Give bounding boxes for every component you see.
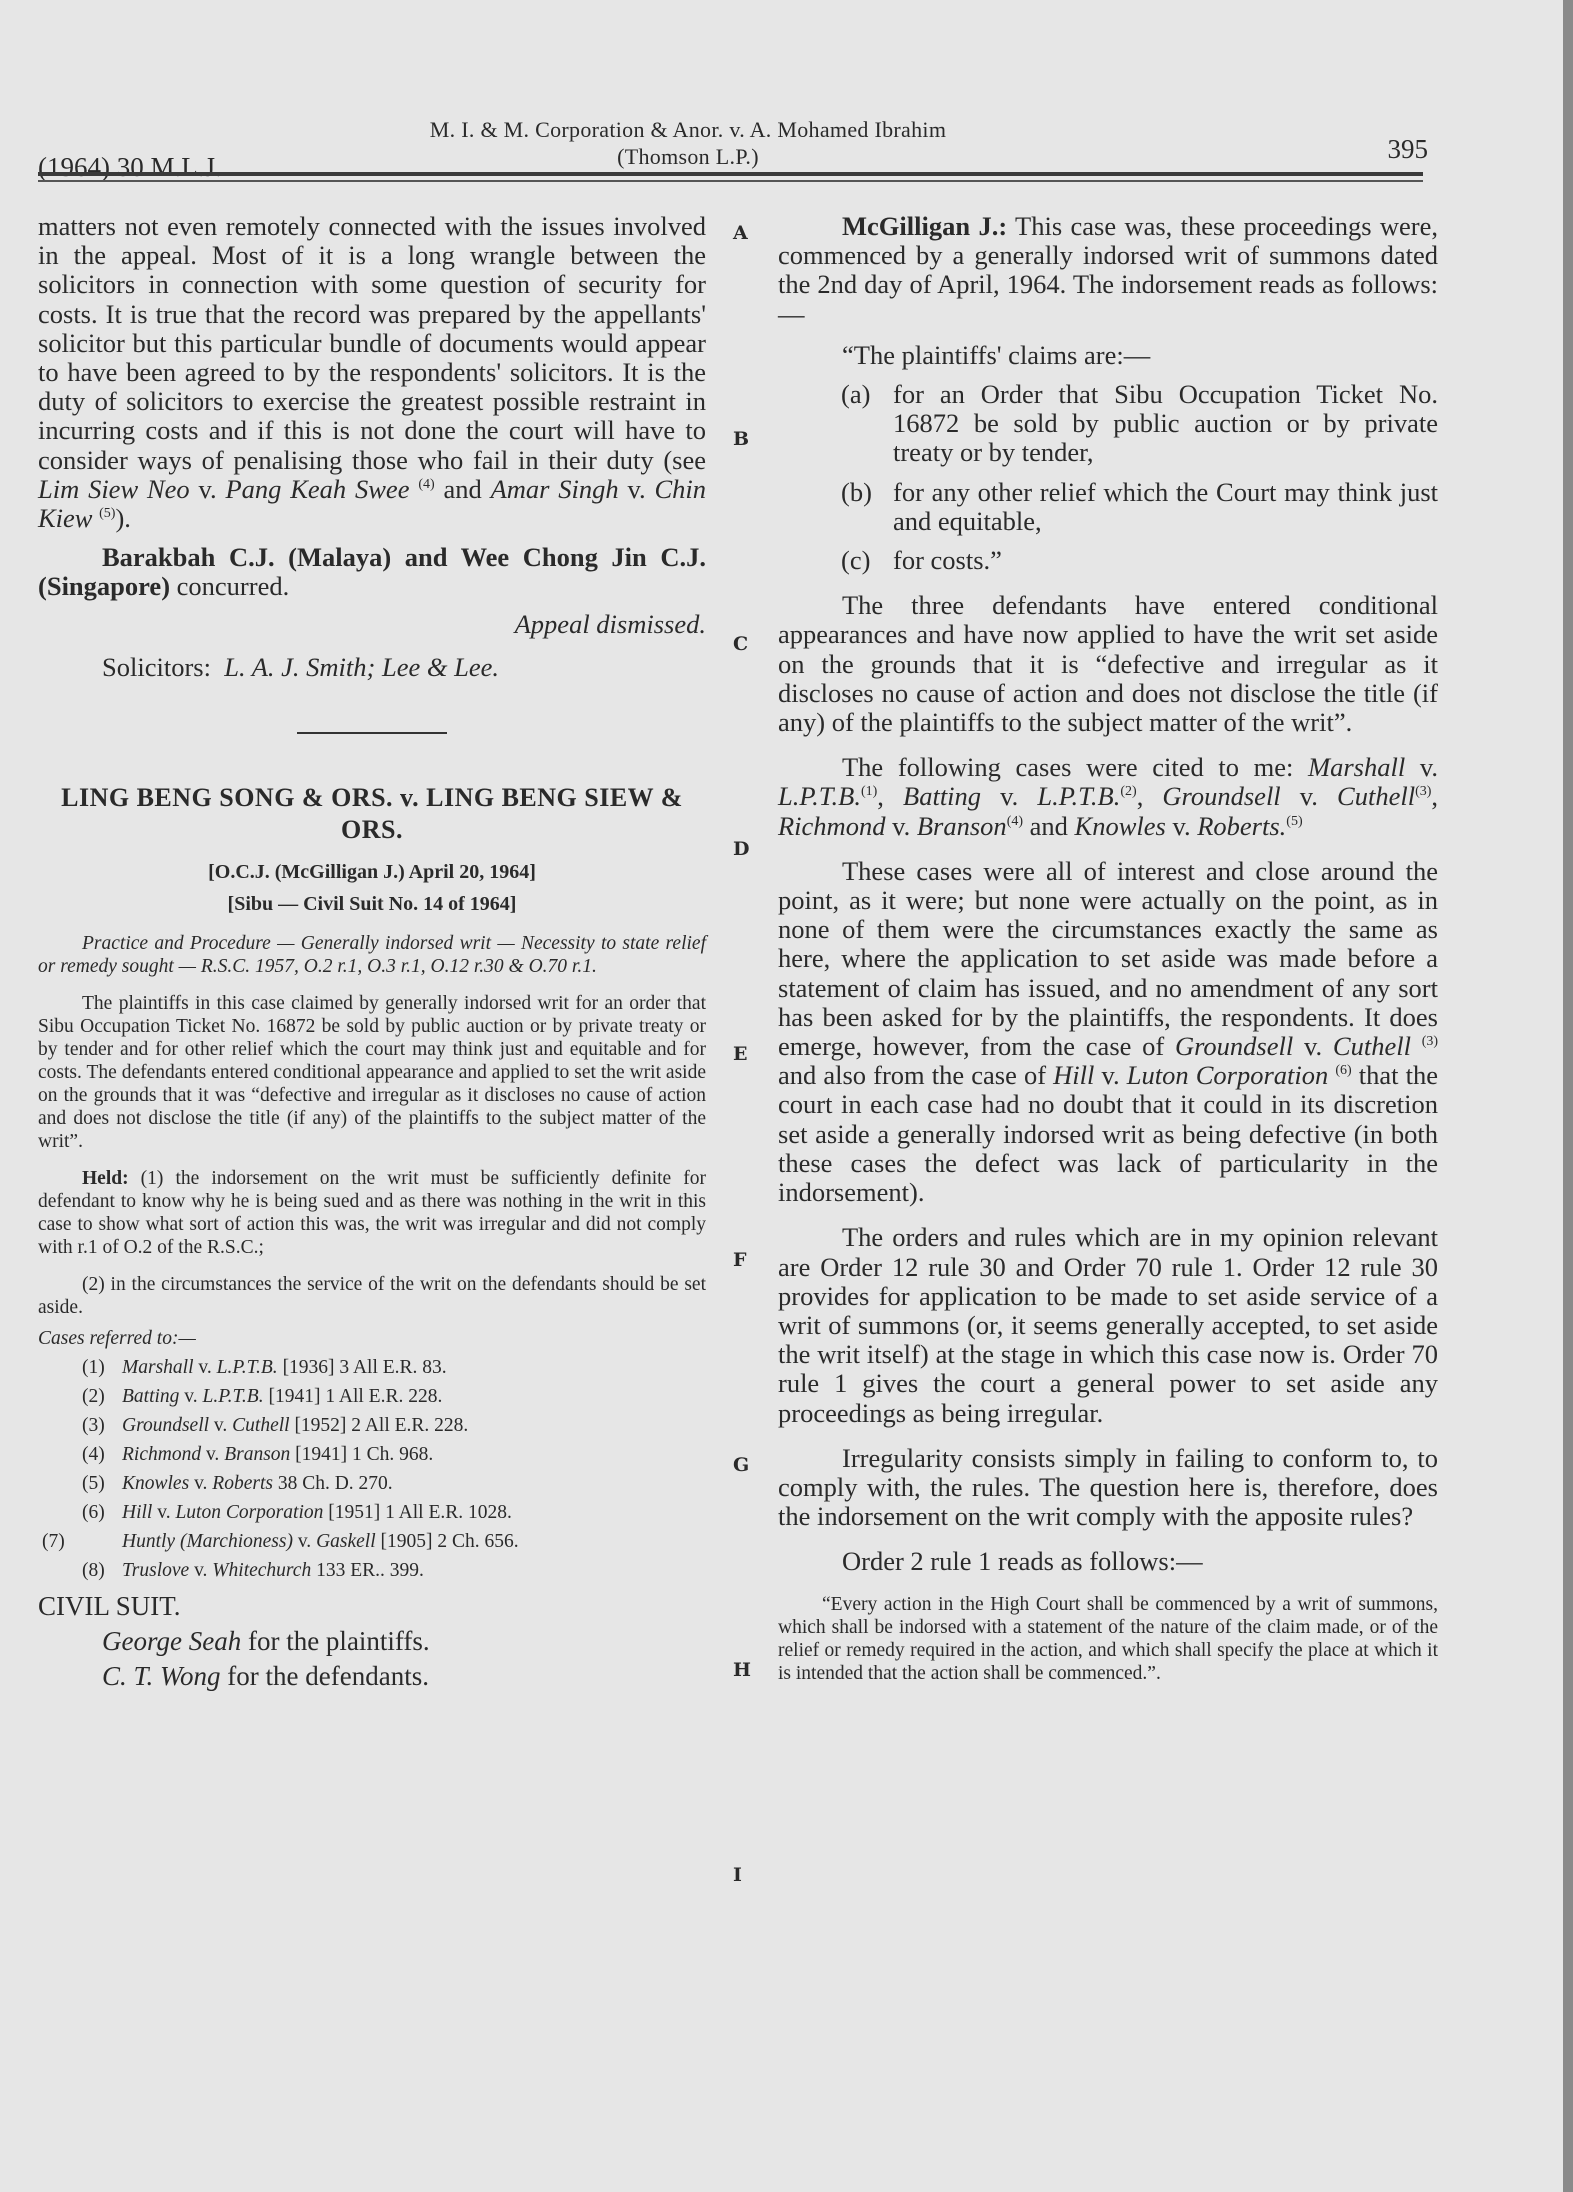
case-referred-item: (8)Truslove v. Whitechurch 133 ER.. 399. bbox=[38, 1559, 706, 1582]
held-1: Held: (1) the indorsement on the writ mu… bbox=[38, 1167, 706, 1259]
counsel-defendants: C. T. Wong for the defendants. bbox=[38, 1662, 706, 1691]
cited-case: Batting v. L.P.T.B.(2), bbox=[903, 781, 1162, 811]
case-title: LING BENG SONG & ORS. v. LING BENG SIEW … bbox=[38, 782, 706, 846]
case-referred-item: (6)Hill v. Luton Corporation [1951] 1 Al… bbox=[38, 1501, 706, 1524]
paragraph-cases-cited: The following cases were cited to me: Ma… bbox=[778, 753, 1438, 841]
left-column: matters not even remotely connected with… bbox=[38, 212, 706, 1692]
case-referred-item: (1)Marshall v. L.P.T.B. [1936] 3 All E.R… bbox=[38, 1356, 706, 1379]
margin-letter-b: B bbox=[733, 428, 749, 450]
solicitors-line: Solicitors: L. A. J. Smith; Lee & Lee. bbox=[38, 653, 706, 682]
margin-letter-h: H bbox=[733, 1659, 751, 1681]
law-report-page: (1964) 30 M.L.J. M. I. & M. Corporation … bbox=[0, 0, 1573, 2192]
claim-item: (b)for any other relief which the Court … bbox=[778, 478, 1438, 536]
concurrence: Barakbah C.J. (Malaya) and Wee Chong Jin… bbox=[38, 543, 706, 601]
headnote: The plaintiffs in this case claimed by g… bbox=[38, 992, 706, 1153]
margin-letter-a: A bbox=[733, 222, 748, 244]
claim-item: (c)for costs.” bbox=[778, 546, 1438, 575]
right-column: McGilligan J.: This case was, these proc… bbox=[778, 212, 1438, 1685]
proceeding-type: CIVIL SUIT. bbox=[38, 1592, 706, 1621]
case-referred-item: (5)Knowles v. Roberts 38 Ch. D. 270. bbox=[38, 1472, 706, 1495]
margin-letter-c: C bbox=[733, 633, 748, 655]
court-and-date: [O.C.J. (McGilligan J.) April 20, 1964] bbox=[38, 860, 706, 884]
indorsement-quote-heading: “The plaintiffs' claims are:— bbox=[778, 341, 1438, 370]
cited-case: Knowles v. Roberts.(5) bbox=[1075, 811, 1303, 841]
paragraph-orders-and-rules: The orders and rules which are in my opi… bbox=[778, 1223, 1438, 1427]
case-referred-item: (3)Groundsell v. Cuthell [1952] 2 All E.… bbox=[38, 1414, 706, 1437]
case-referred-item: (4)Richmond v. Branson [1941] 1 Ch. 968. bbox=[38, 1443, 706, 1466]
catchwords: Practice and Procedure — Generally indor… bbox=[38, 932, 706, 978]
cited-case: Richmond v. Branson(4) and bbox=[778, 811, 1075, 841]
case-separator-rule bbox=[297, 732, 447, 734]
case-referred-item: (2)Batting v. L.P.T.B. [1941] 1 All E.R.… bbox=[38, 1385, 706, 1408]
page-number: 395 bbox=[1388, 134, 1429, 165]
margin-letter-d: D bbox=[733, 838, 749, 860]
appeal-outcome: Appeal dismissed. bbox=[38, 610, 706, 639]
header-rule-thick bbox=[38, 172, 1423, 176]
margin-letter-g: G bbox=[733, 1454, 749, 1476]
header-rule-thin bbox=[38, 180, 1423, 182]
paragraph-cases-discussion: These cases were all of interest and clo… bbox=[778, 857, 1438, 1207]
counsel-plaintiffs: George Seah for the plaintiffs. bbox=[38, 1627, 706, 1656]
order-2-rule-1-quote: “Every action in the High Court shall be… bbox=[778, 1593, 1438, 1685]
cases-referred-heading: Cases referred to:— bbox=[38, 1327, 706, 1350]
margin-letter-f: F bbox=[733, 1249, 747, 1271]
cited-case: Groundsell v. Cuthell(3), bbox=[1162, 781, 1438, 811]
report-citation: (1964) 30 M.L.J. bbox=[38, 152, 222, 183]
judgment-opening: McGilligan J.: This case was, these proc… bbox=[778, 212, 1438, 329]
held-2: (2) in the circumstances the service of … bbox=[38, 1273, 706, 1319]
paragraph-irregularity: Irregularity consists simply in failing … bbox=[778, 1444, 1438, 1532]
cases-referred-list: (1)Marshall v. L.P.T.B. [1936] 3 All E.R… bbox=[38, 1356, 706, 1582]
paragraph-order-2-rule-1: Order 2 rule 1 reads as follows:— bbox=[778, 1547, 1438, 1576]
claims-list: (a)for an Order that Sibu Occupation Tic… bbox=[778, 380, 1438, 575]
running-case-title: M. I. & M. Corporation & Anor. v. A. Moh… bbox=[398, 116, 978, 170]
claim-item: (a)for an Order that Sibu Occupation Tic… bbox=[778, 380, 1438, 468]
case-referred-item: (7)Huntly (Marchioness) v. Gaskell [1905… bbox=[38, 1530, 706, 1553]
margin-letter-i: I bbox=[733, 1864, 742, 1886]
suit-number: [Sibu — Civil Suit No. 14 of 1964] bbox=[38, 892, 706, 916]
margin-letter-e: E bbox=[733, 1043, 747, 1065]
paragraph-defendants-application: The three defendants have entered condit… bbox=[778, 591, 1438, 737]
previous-judgment-paragraph: matters not even remotely connected with… bbox=[38, 212, 706, 533]
